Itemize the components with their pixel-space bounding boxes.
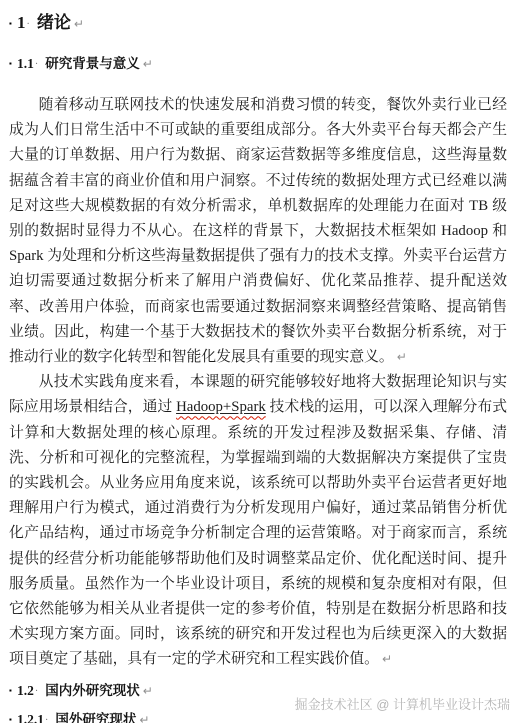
paragraph-background-2: 从技术实践角度来看，本课题的研究能够较好地将大数据理论知识与实际应用场景相结合，… (9, 370, 507, 672)
hadoop-spark-term: Hadoop+Spark (176, 399, 266, 415)
subsection-title: 国外研究现状 (55, 712, 136, 723)
chapter-title: 绪论 (37, 13, 71, 32)
section-title: 国内外研究现状 (45, 683, 140, 698)
section-heading-1-1: ▪1.1·研究背景与意义↵ (9, 55, 507, 73)
chapter-heading: ▪1·绪论↵ (9, 13, 507, 35)
paragraph-mark-icon: ↵ (382, 652, 392, 666)
tab-mark-icon: · (35, 59, 38, 70)
chapter-number: 1 (17, 13, 26, 32)
tab-mark-icon: · (35, 686, 38, 697)
heading-bullet-icon: ▪ (9, 14, 17, 34)
heading-bullet-icon: ▪ (9, 682, 17, 699)
paragraph-mark-icon: ↵ (139, 713, 149, 723)
section-number: 1.2 (17, 683, 34, 698)
subsection-number: 1.2.1 (17, 712, 44, 723)
heading-bullet-icon: ▪ (9, 55, 17, 72)
paragraph-text: 技术栈的运用，可以深入理解分布式计算和大数据处理的核心原理。系统的开发过程涉及数… (9, 399, 507, 667)
section-title: 研究背景与意义 (45, 56, 140, 71)
paragraph-mark-icon: ↵ (397, 350, 407, 364)
spellcheck-wavy-underline: Hadoop+Spark (176, 399, 266, 415)
paragraph-mark-icon: ↵ (143, 684, 153, 698)
paragraph-mark-icon: ↵ (74, 17, 84, 31)
tab-mark-icon: · (27, 19, 30, 30)
tab-mark-icon: · (45, 715, 48, 723)
document-page: ▪1·绪论↵ ▪1.1·研究背景与意义↵ 随着移动互联网技术的快速发展和消费习惯… (0, 0, 519, 723)
heading-bullet-icon: ▪ (9, 711, 17, 723)
paragraph-background-1: 随着移动互联网技术的快速发展和消费习惯的转变，餐饮外卖行业已经成为人们日常生活中… (9, 93, 507, 370)
section-number: 1.1 (17, 56, 34, 71)
paragraph-text: 随着移动互联网技术的快速发展和消费习惯的转变，餐饮外卖行业已经成为人们日常生活中… (9, 97, 507, 365)
watermark-text: 掘金技术社区 @ 计算机毕业设计杰瑞 (295, 694, 510, 713)
paragraph-mark-icon: ↵ (143, 57, 153, 71)
